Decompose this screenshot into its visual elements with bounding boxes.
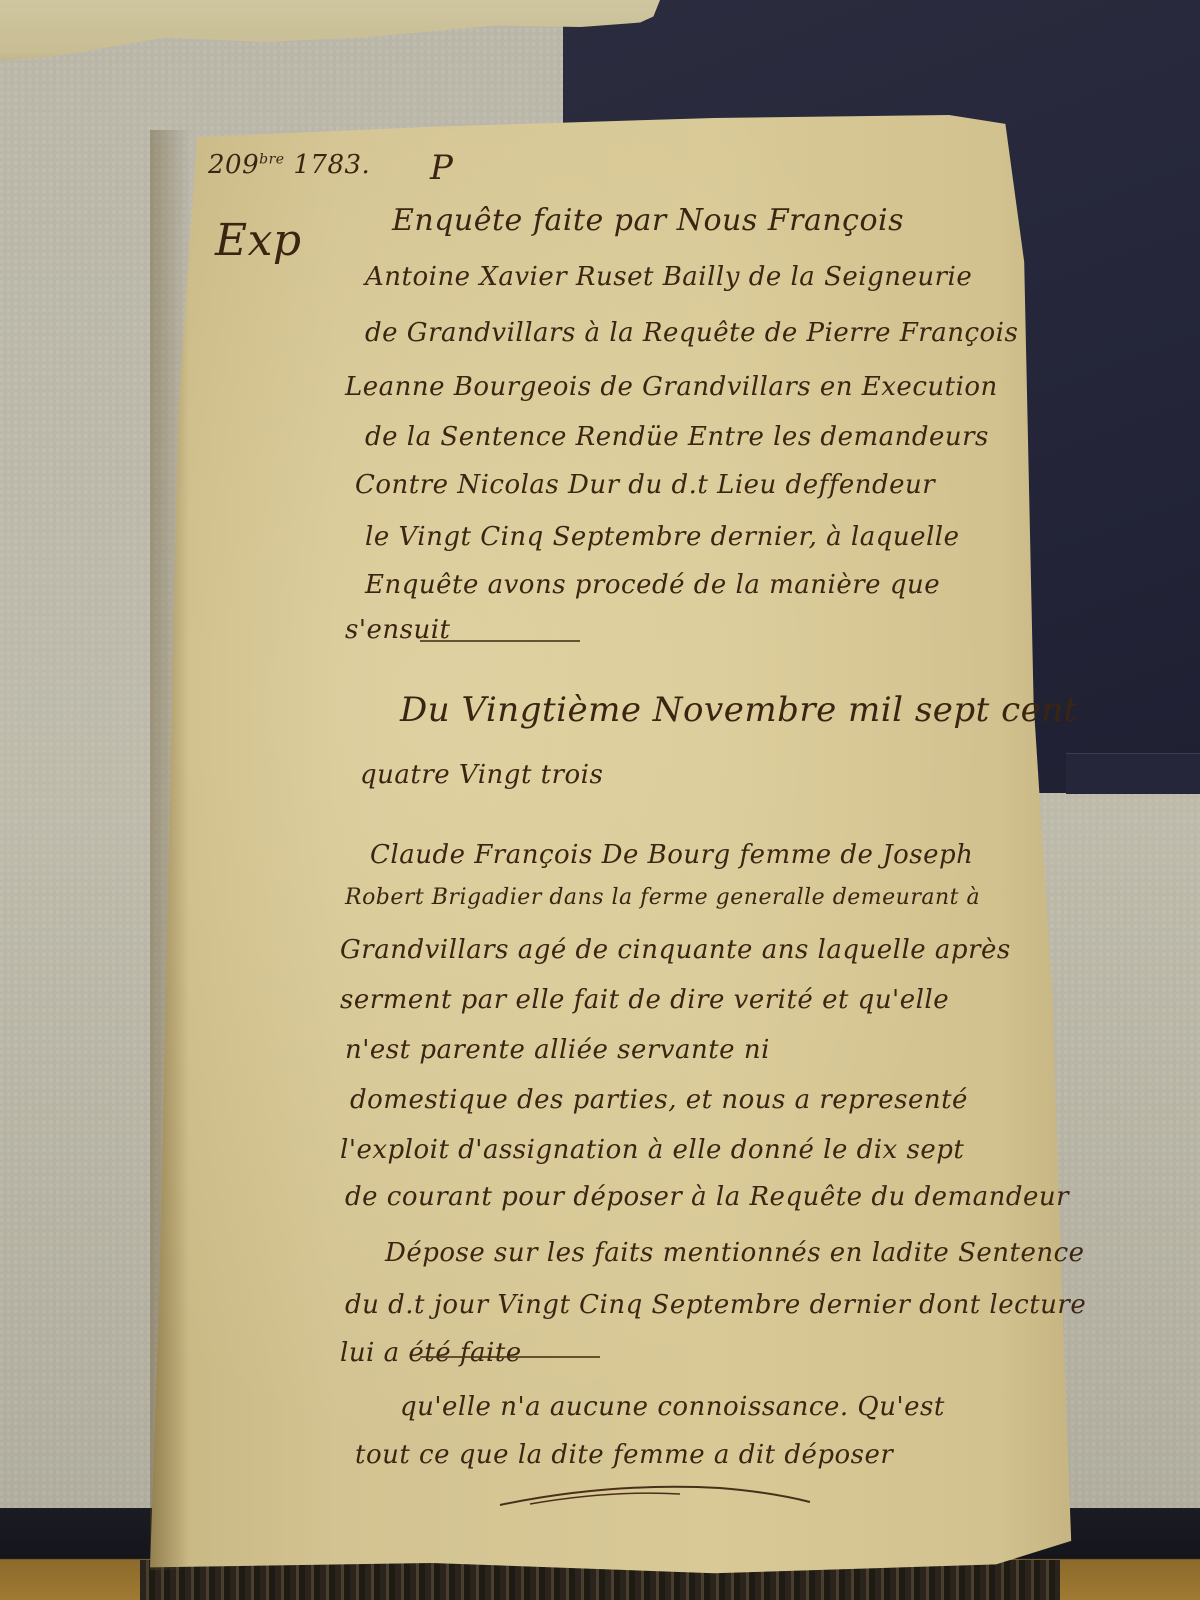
heading-date-line: Du Vingtième Novembre mil sept cent: [400, 690, 1078, 730]
deposition-line: Dépose sur les faits mentionnés en ladit…: [385, 1238, 1085, 1268]
text-line: de la Sentence Rendüe Entre les demandeu…: [365, 422, 989, 452]
witness-line: Claude François De Bourg femme de Joseph: [370, 840, 973, 870]
text-line: Enquête avons procedé de la manière que: [365, 570, 940, 600]
witness-line: de courant pour déposer à la Requête du …: [345, 1182, 1069, 1212]
page-fold-shadow: [150, 130, 190, 1570]
witness-line: l'exploit d'assignation à elle donné le …: [340, 1135, 964, 1165]
text-line: Contre Nicolas Dur du d.t Lieu deffendeu…: [355, 470, 935, 500]
text-line: le Vingt Cinq Septembre dernier, à laque…: [365, 522, 960, 552]
closing-flourish: [490, 1480, 820, 1510]
witness-line: Robert Brigadier dans la ferme generalle…: [345, 885, 980, 910]
deposition-line: du d.t jour Vingt Cinq Septembre dernier…: [345, 1290, 1086, 1320]
text-line: de Grandvillars à la Requête de Pierre F…: [365, 318, 1018, 348]
text-line: Enquête faite par Nous François: [392, 203, 904, 238]
date-month: 9: [242, 150, 259, 180]
date-year: 1783.: [293, 150, 370, 180]
text-line: Leanne Bourgeois de Grandvillars en Exec…: [345, 372, 998, 402]
margin-exp-mark: Exp: [215, 215, 302, 266]
date-day: 20: [208, 150, 242, 180]
witness-line: serment par elle fait de dire verité et …: [340, 985, 949, 1015]
text-line: Antoine Xavier Ruset Bailly de la Seigne…: [365, 262, 972, 292]
closing-line: qu'elle n'a aucune connoissance. Qu'est: [400, 1392, 945, 1422]
witness-line: domestique des parties, et nous a repres…: [350, 1085, 968, 1115]
folder-edge: [1066, 753, 1200, 794]
witness-line: n'est parente alliée servante ni: [345, 1035, 770, 1065]
underline: [420, 1356, 600, 1358]
witness-line: Grandvillars agé de cinquante ans laquel…: [340, 935, 1011, 965]
heading-date-line: quatre Vingt trois: [360, 760, 603, 790]
date-month-superscript: bre: [259, 151, 284, 167]
top-flourish-mark: P: [430, 148, 453, 188]
margin-date: 209bre 1783.: [208, 150, 370, 180]
deposition-line: lui a été faite: [340, 1338, 522, 1368]
closing-line: tout ce que la dite femme a dit déposer: [355, 1440, 893, 1470]
underline: [420, 640, 580, 642]
